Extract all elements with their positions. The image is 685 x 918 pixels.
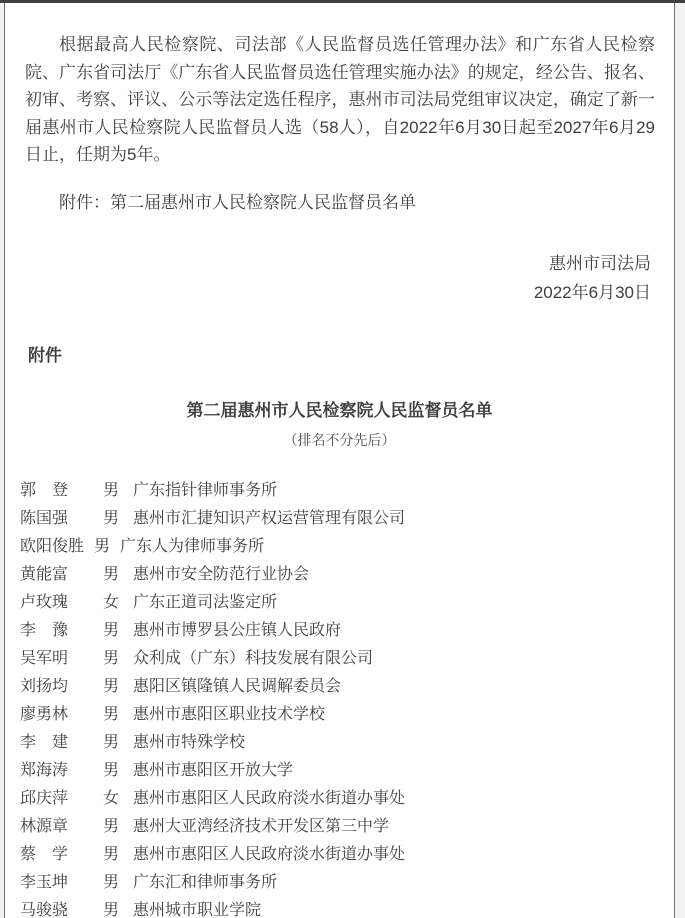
member-name: 李 豫 xyxy=(20,617,68,645)
list-title: 第二届惠州市人民检察院人民监督员名单 xyxy=(20,398,659,424)
member-row: 黄能富 男 惠州市安全防范行业协会 xyxy=(20,561,659,589)
member-gender: 男 xyxy=(94,533,110,561)
member-row: 李玉坤 男 广东汇和律师事务所 xyxy=(20,869,659,897)
member-organization: 惠州市安全防范行业协会 xyxy=(133,561,309,589)
member-name: 李 建 xyxy=(20,729,68,757)
member-gender: 男 xyxy=(103,757,119,785)
member-row: 欧阳俊胜 男 广东人为律师事务所 xyxy=(20,533,659,561)
member-name: 陈国强 xyxy=(20,505,68,533)
member-organization: 惠州城市职业学院 xyxy=(133,897,261,918)
member-row: 邱庆萍 女 惠州市惠阳区人民政府淡水街道办事处 xyxy=(20,785,659,813)
member-row: 蔡 学 男 惠州市惠阳区人民政府淡水街道办事处 xyxy=(20,841,659,869)
member-gender: 男 xyxy=(103,729,119,757)
document-content: 根据最高人民检察院、司法部《人民监督员选任管理办法》和广东省人民检察院、广东省司… xyxy=(5,3,674,918)
member-organization: 惠州市特殊学校 xyxy=(133,729,245,757)
member-gender: 男 xyxy=(103,561,119,589)
member-name: 刘扬均 xyxy=(20,673,68,701)
member-gender: 男 xyxy=(103,869,119,897)
issuer-name: 惠州市司法局 xyxy=(20,249,651,278)
member-name: 蔡 学 xyxy=(20,841,68,869)
member-row: 陈国强 男 惠州市汇捷知识产权运营管理有限公司 xyxy=(20,505,659,533)
member-organization: 惠阳区镇隆镇人民调解委员会 xyxy=(133,673,341,701)
member-gender: 男 xyxy=(103,673,119,701)
member-name: 郭 登 xyxy=(20,477,68,505)
member-name: 郑海涛 xyxy=(20,757,68,785)
member-organization: 惠州市惠阳区职业技术学校 xyxy=(133,701,325,729)
member-organization: 惠州大亚湾经济技术开发区第三中学 xyxy=(133,813,389,841)
member-gender: 男 xyxy=(103,701,119,729)
member-gender: 男 xyxy=(103,477,119,505)
attachment-reference: 附件：第二届惠州市人民检察院人民监督员名单 xyxy=(25,189,655,217)
member-organization: 广东人为律师事务所 xyxy=(120,533,264,561)
issue-date: 2022年6月30日 xyxy=(20,278,651,307)
member-row: 刘扬均 男 惠阳区镇隆镇人民调解委员会 xyxy=(20,673,659,701)
member-organization: 惠州市惠阳区人民政府淡水街道办事处 xyxy=(133,785,405,813)
member-name: 林源章 xyxy=(20,813,68,841)
member-organization: 广东正道司法鉴定所 xyxy=(133,589,277,617)
list-subtitle: （排名不分先后） xyxy=(20,427,659,453)
attachment-label: 附件 xyxy=(28,343,659,369)
member-list: 郭 登 男 广东指针律师事务所 陈国强 男 惠州市汇捷知识产权运营管理有限公司 … xyxy=(20,477,659,918)
member-organization: 广东汇和律师事务所 xyxy=(133,869,277,897)
member-gender: 男 xyxy=(103,617,119,645)
member-gender: 男 xyxy=(103,645,119,673)
member-organization: 惠州市惠阳区人民政府淡水街道办事处 xyxy=(133,841,405,869)
member-name: 吴军明 xyxy=(20,645,68,673)
member-row: 郭 登 男 广东指针律师事务所 xyxy=(20,477,659,505)
member-gender: 女 xyxy=(103,589,119,617)
member-name: 黄能富 xyxy=(20,561,68,589)
member-name: 廖勇林 xyxy=(20,701,68,729)
member-name: 卢玫瑰 xyxy=(20,589,68,617)
member-name: 邱庆萍 xyxy=(20,785,68,813)
member-organization: 惠州市博罗县公庄镇人民政府 xyxy=(133,617,341,645)
member-gender: 男 xyxy=(103,897,119,918)
member-name: 欧阳俊胜 xyxy=(20,533,84,561)
member-row: 马骏骁 男 惠州城市职业学院 xyxy=(20,897,659,918)
member-gender: 女 xyxy=(103,785,119,813)
member-gender: 男 xyxy=(103,813,119,841)
member-gender: 男 xyxy=(103,841,119,869)
announcement-paragraph: 根据最高人民检察院、司法部《人民监督员选任管理办法》和广东省人民检察院、广东省司… xyxy=(25,31,655,169)
signature-block: 惠州市司法局 2022年6月30日 xyxy=(20,249,651,307)
member-gender: 男 xyxy=(103,505,119,533)
member-organization: 惠州市汇捷知识产权运营管理有限公司 xyxy=(133,505,405,533)
member-name: 马骏骁 xyxy=(20,897,68,918)
member-row: 林源章 男 惠州大亚湾经济技术开发区第三中学 xyxy=(20,813,659,841)
member-row: 吴军明 男 众利成（广东）科技发展有限公司 xyxy=(20,645,659,673)
member-row: 李 建 男 惠州市特殊学校 xyxy=(20,729,659,757)
member-organization: 惠州市惠阳区开放大学 xyxy=(133,757,293,785)
member-name: 李玉坤 xyxy=(20,869,68,897)
member-row: 郑海涛 男 惠州市惠阳区开放大学 xyxy=(20,757,659,785)
member-organization: 众利成（广东）科技发展有限公司 xyxy=(133,645,373,673)
member-row: 卢玫瑰 女 广东正道司法鉴定所 xyxy=(20,589,659,617)
member-organization: 广东指针律师事务所 xyxy=(133,477,277,505)
document-page: 根据最高人民检察院、司法部《人民监督员选任管理办法》和广东省人民检察院、广东省司… xyxy=(4,3,675,918)
member-row: 廖勇林 男 惠州市惠阳区职业技术学校 xyxy=(20,701,659,729)
member-row: 李 豫 男 惠州市博罗县公庄镇人民政府 xyxy=(20,617,659,645)
